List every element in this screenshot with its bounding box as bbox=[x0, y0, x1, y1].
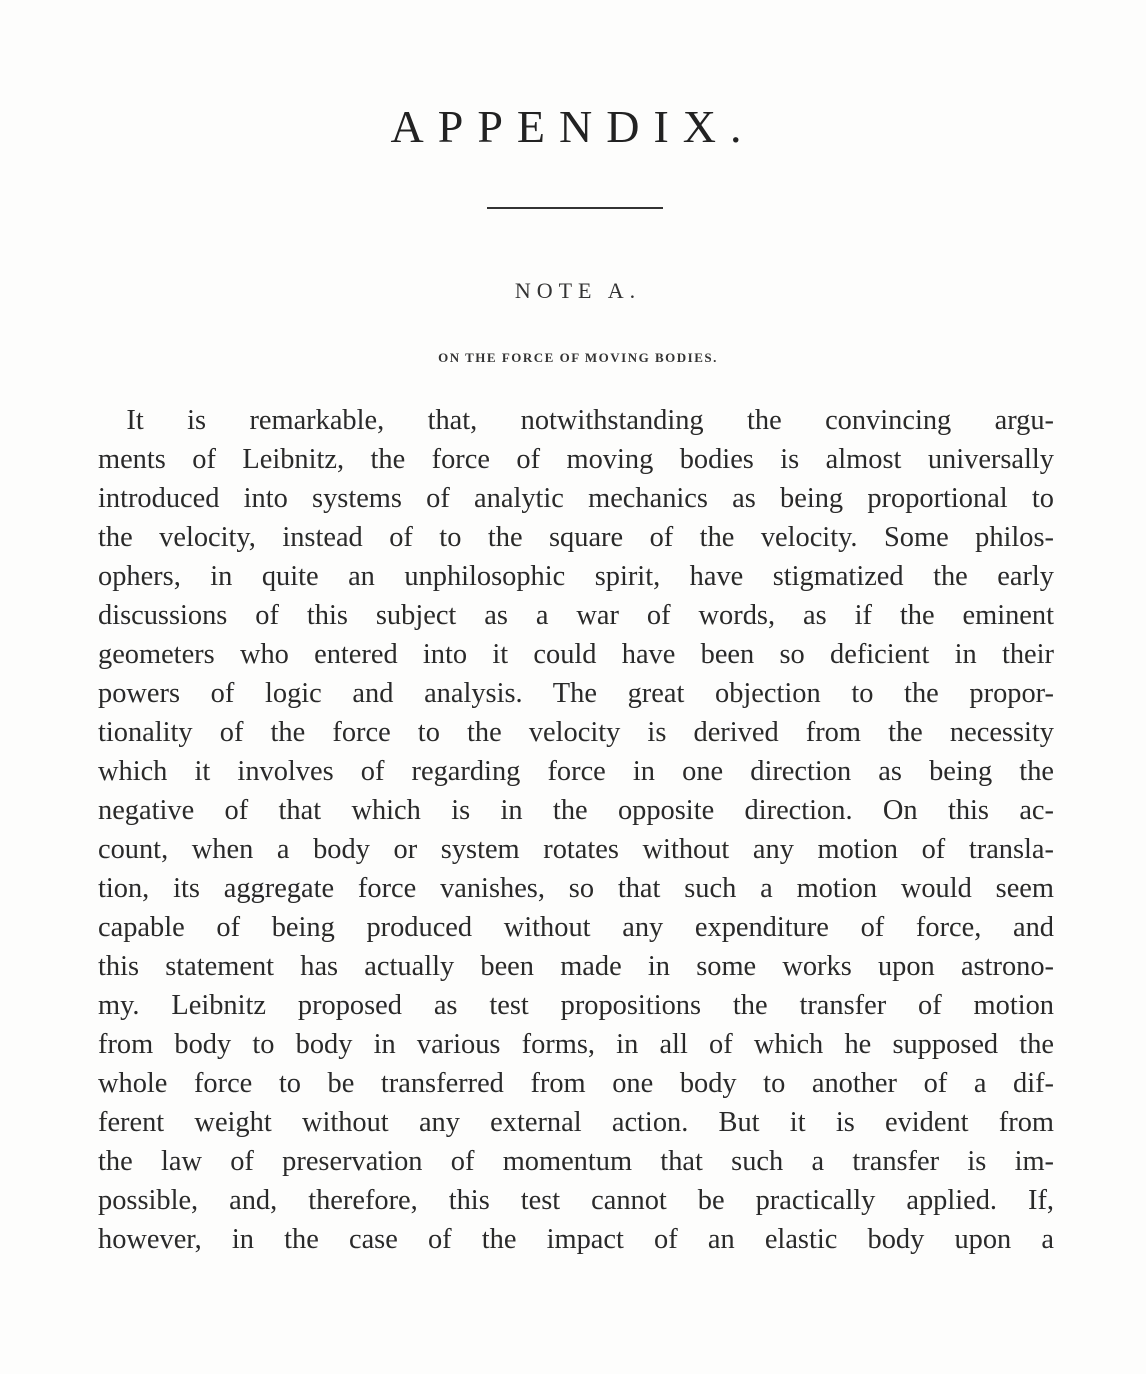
text-line: whole force to be transferred from one b… bbox=[98, 1064, 1054, 1103]
note-subheading: ON THE FORCE OF MOVING BODIES. bbox=[0, 350, 1146, 366]
note-heading: NOTE A. bbox=[0, 278, 1146, 304]
text-line: however, in the case of the impact of an… bbox=[98, 1220, 1054, 1259]
text-line: discussions of this subject as a war of … bbox=[98, 596, 1054, 635]
text-line: capable of being produced without any ex… bbox=[98, 908, 1054, 947]
text-line: ments of Leibnitz, the force of moving b… bbox=[98, 440, 1054, 479]
text-line: this statement has actually been made in… bbox=[98, 947, 1054, 986]
text-line: tionality of the force to the velocity i… bbox=[98, 713, 1054, 752]
text-line: It is remarkable, that, notwithstanding … bbox=[98, 401, 1054, 440]
text-line: geometers who entered into it could have… bbox=[98, 635, 1054, 674]
text-line: ferent weight without any external actio… bbox=[98, 1103, 1054, 1142]
text-line: which it involves of regarding force in … bbox=[98, 752, 1054, 791]
text-line: my. Leibnitz proposed as test propositio… bbox=[98, 986, 1054, 1025]
text-line: introduced into systems of analytic mech… bbox=[98, 479, 1054, 518]
text-line: count, when a body or system rotates wit… bbox=[98, 830, 1054, 869]
text-line: ophers, in quite an unphilosophic spirit… bbox=[98, 557, 1054, 596]
text-line: negative of that which is in the opposit… bbox=[98, 791, 1054, 830]
body-text: It is remarkable, that, notwithstanding … bbox=[98, 401, 1054, 1259]
text-line: powers of logic and analysis. The great … bbox=[98, 674, 1054, 713]
text-line: the law of preservation of momentum that… bbox=[98, 1142, 1054, 1181]
text-line: from body to body in various forms, in a… bbox=[98, 1025, 1054, 1064]
text-line: possible, and, therefore, this test cann… bbox=[98, 1181, 1054, 1220]
text-line: the velocity, instead of to the square o… bbox=[98, 518, 1054, 557]
text-line: tion, its aggregate force vanishes, so t… bbox=[98, 869, 1054, 908]
appendix-title: APPENDIX. bbox=[0, 100, 1146, 153]
divider-rule bbox=[487, 207, 663, 209]
